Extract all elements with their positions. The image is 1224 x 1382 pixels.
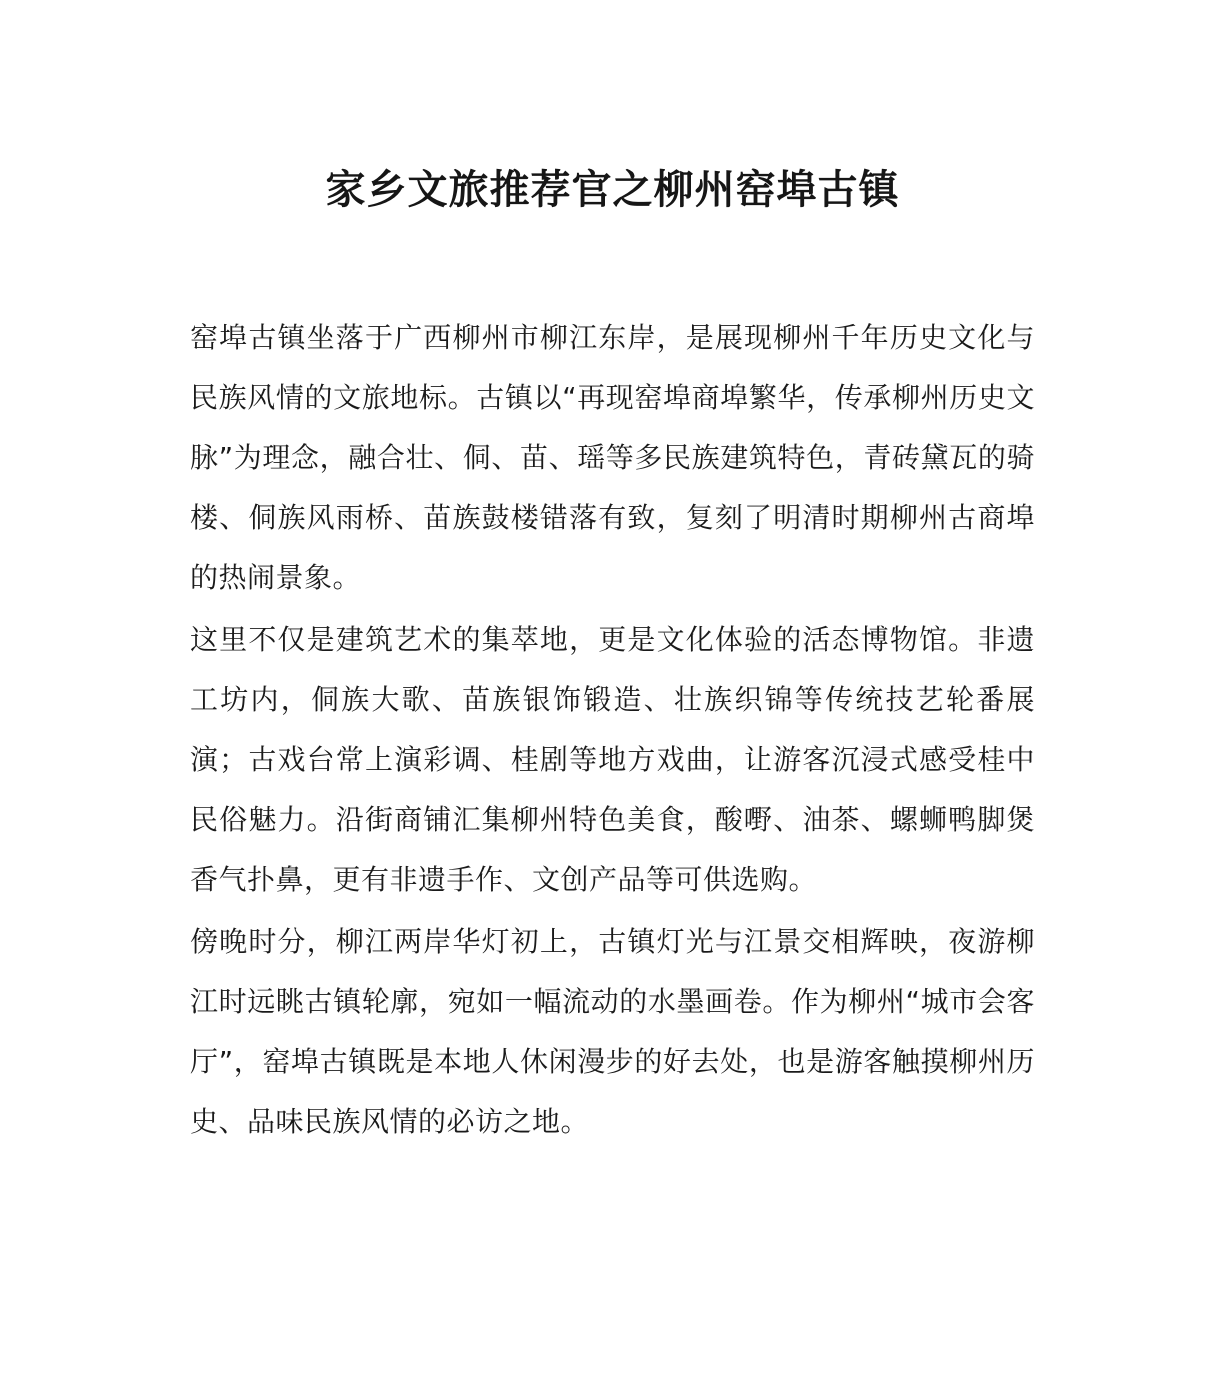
document-title: 家乡文旅推荐官之柳州窑埠古镇	[190, 0, 1035, 214]
document-body: 窑埠古镇坐落于广西柳州市柳江东岸，是展现柳州千年历史文化与民族风情的文旅地标。古…	[190, 308, 1035, 1152]
document-page: 家乡文旅推荐官之柳州窑埠古镇 窑埠古镇坐落于广西柳州市柳江东岸，是展现柳州千年历…	[0, 0, 1224, 1382]
paragraph-night-view: 傍晚时分，柳江两岸华灯初上，古镇灯光与江景交相辉映，夜游柳江时远眺古镇轮廓，宛如…	[190, 912, 1035, 1152]
paragraph-intro: 窑埠古镇坐落于广西柳州市柳江东岸，是展现柳州千年历史文化与民族风情的文旅地标。古…	[190, 308, 1035, 608]
document-content: 家乡文旅推荐官之柳州窑埠古镇 窑埠古镇坐落于广西柳州市柳江东岸，是展现柳州千年历…	[190, 0, 1035, 1152]
paragraph-culture: 这里不仅是建筑艺术的集萃地，更是文化体验的活态博物馆。非遗工坊内，侗族大歌、苗族…	[190, 610, 1035, 910]
